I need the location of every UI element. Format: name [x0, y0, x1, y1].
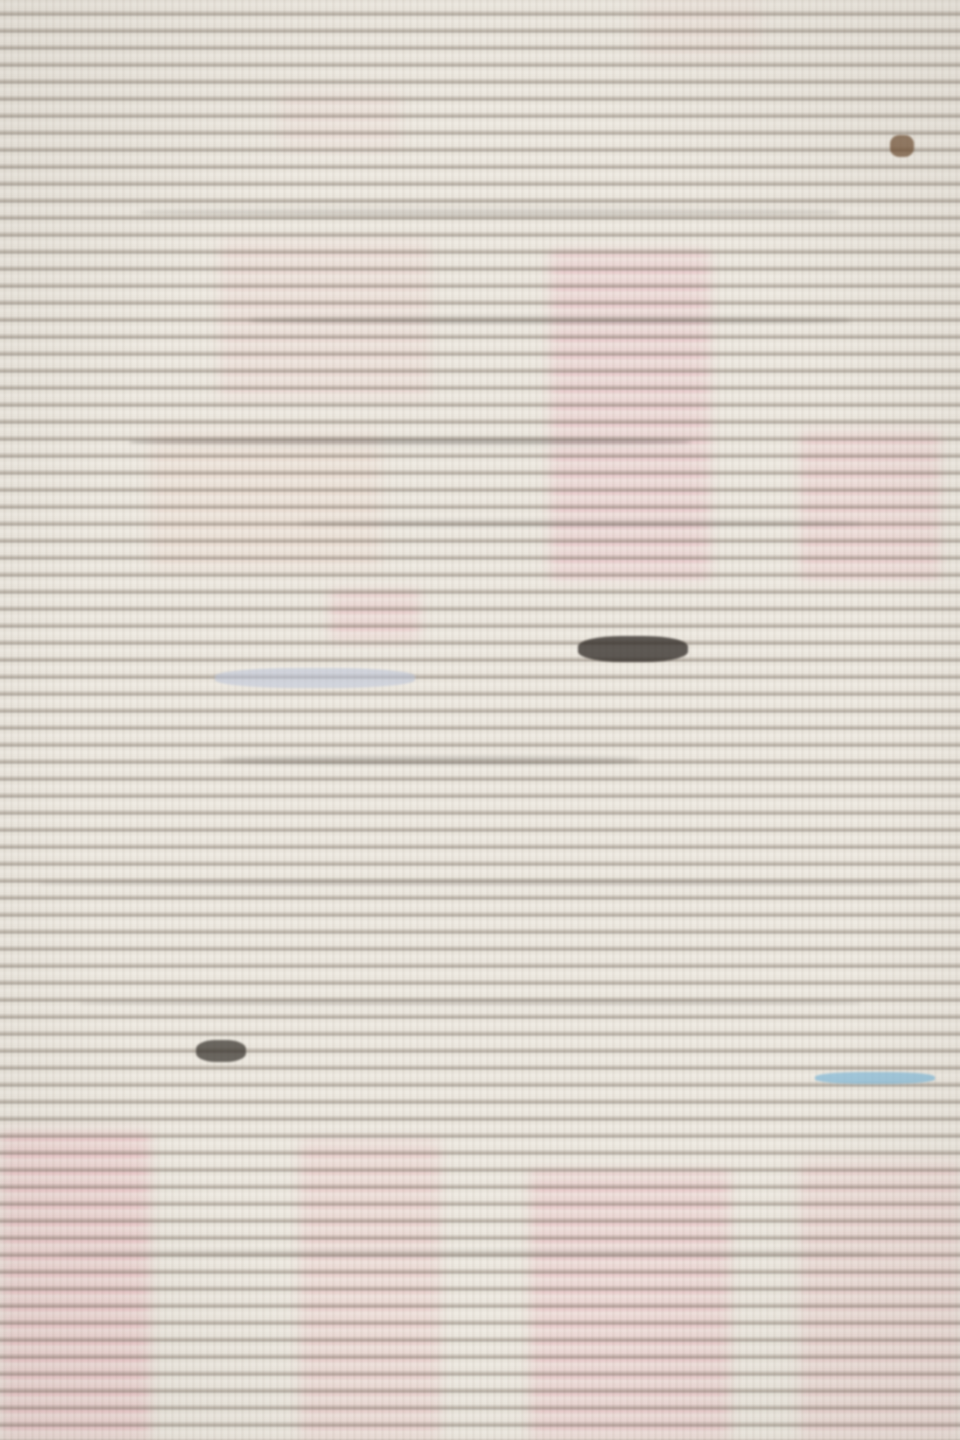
- blue-accent: [815, 1072, 935, 1084]
- brown-spot: [890, 135, 914, 157]
- tuft-texture: [0, 0, 960, 1440]
- dark-tuft: [196, 1040, 246, 1062]
- dark-tuft: [578, 636, 688, 662]
- rug-texture-photo: [0, 0, 960, 1440]
- lavender-accent: [215, 668, 415, 688]
